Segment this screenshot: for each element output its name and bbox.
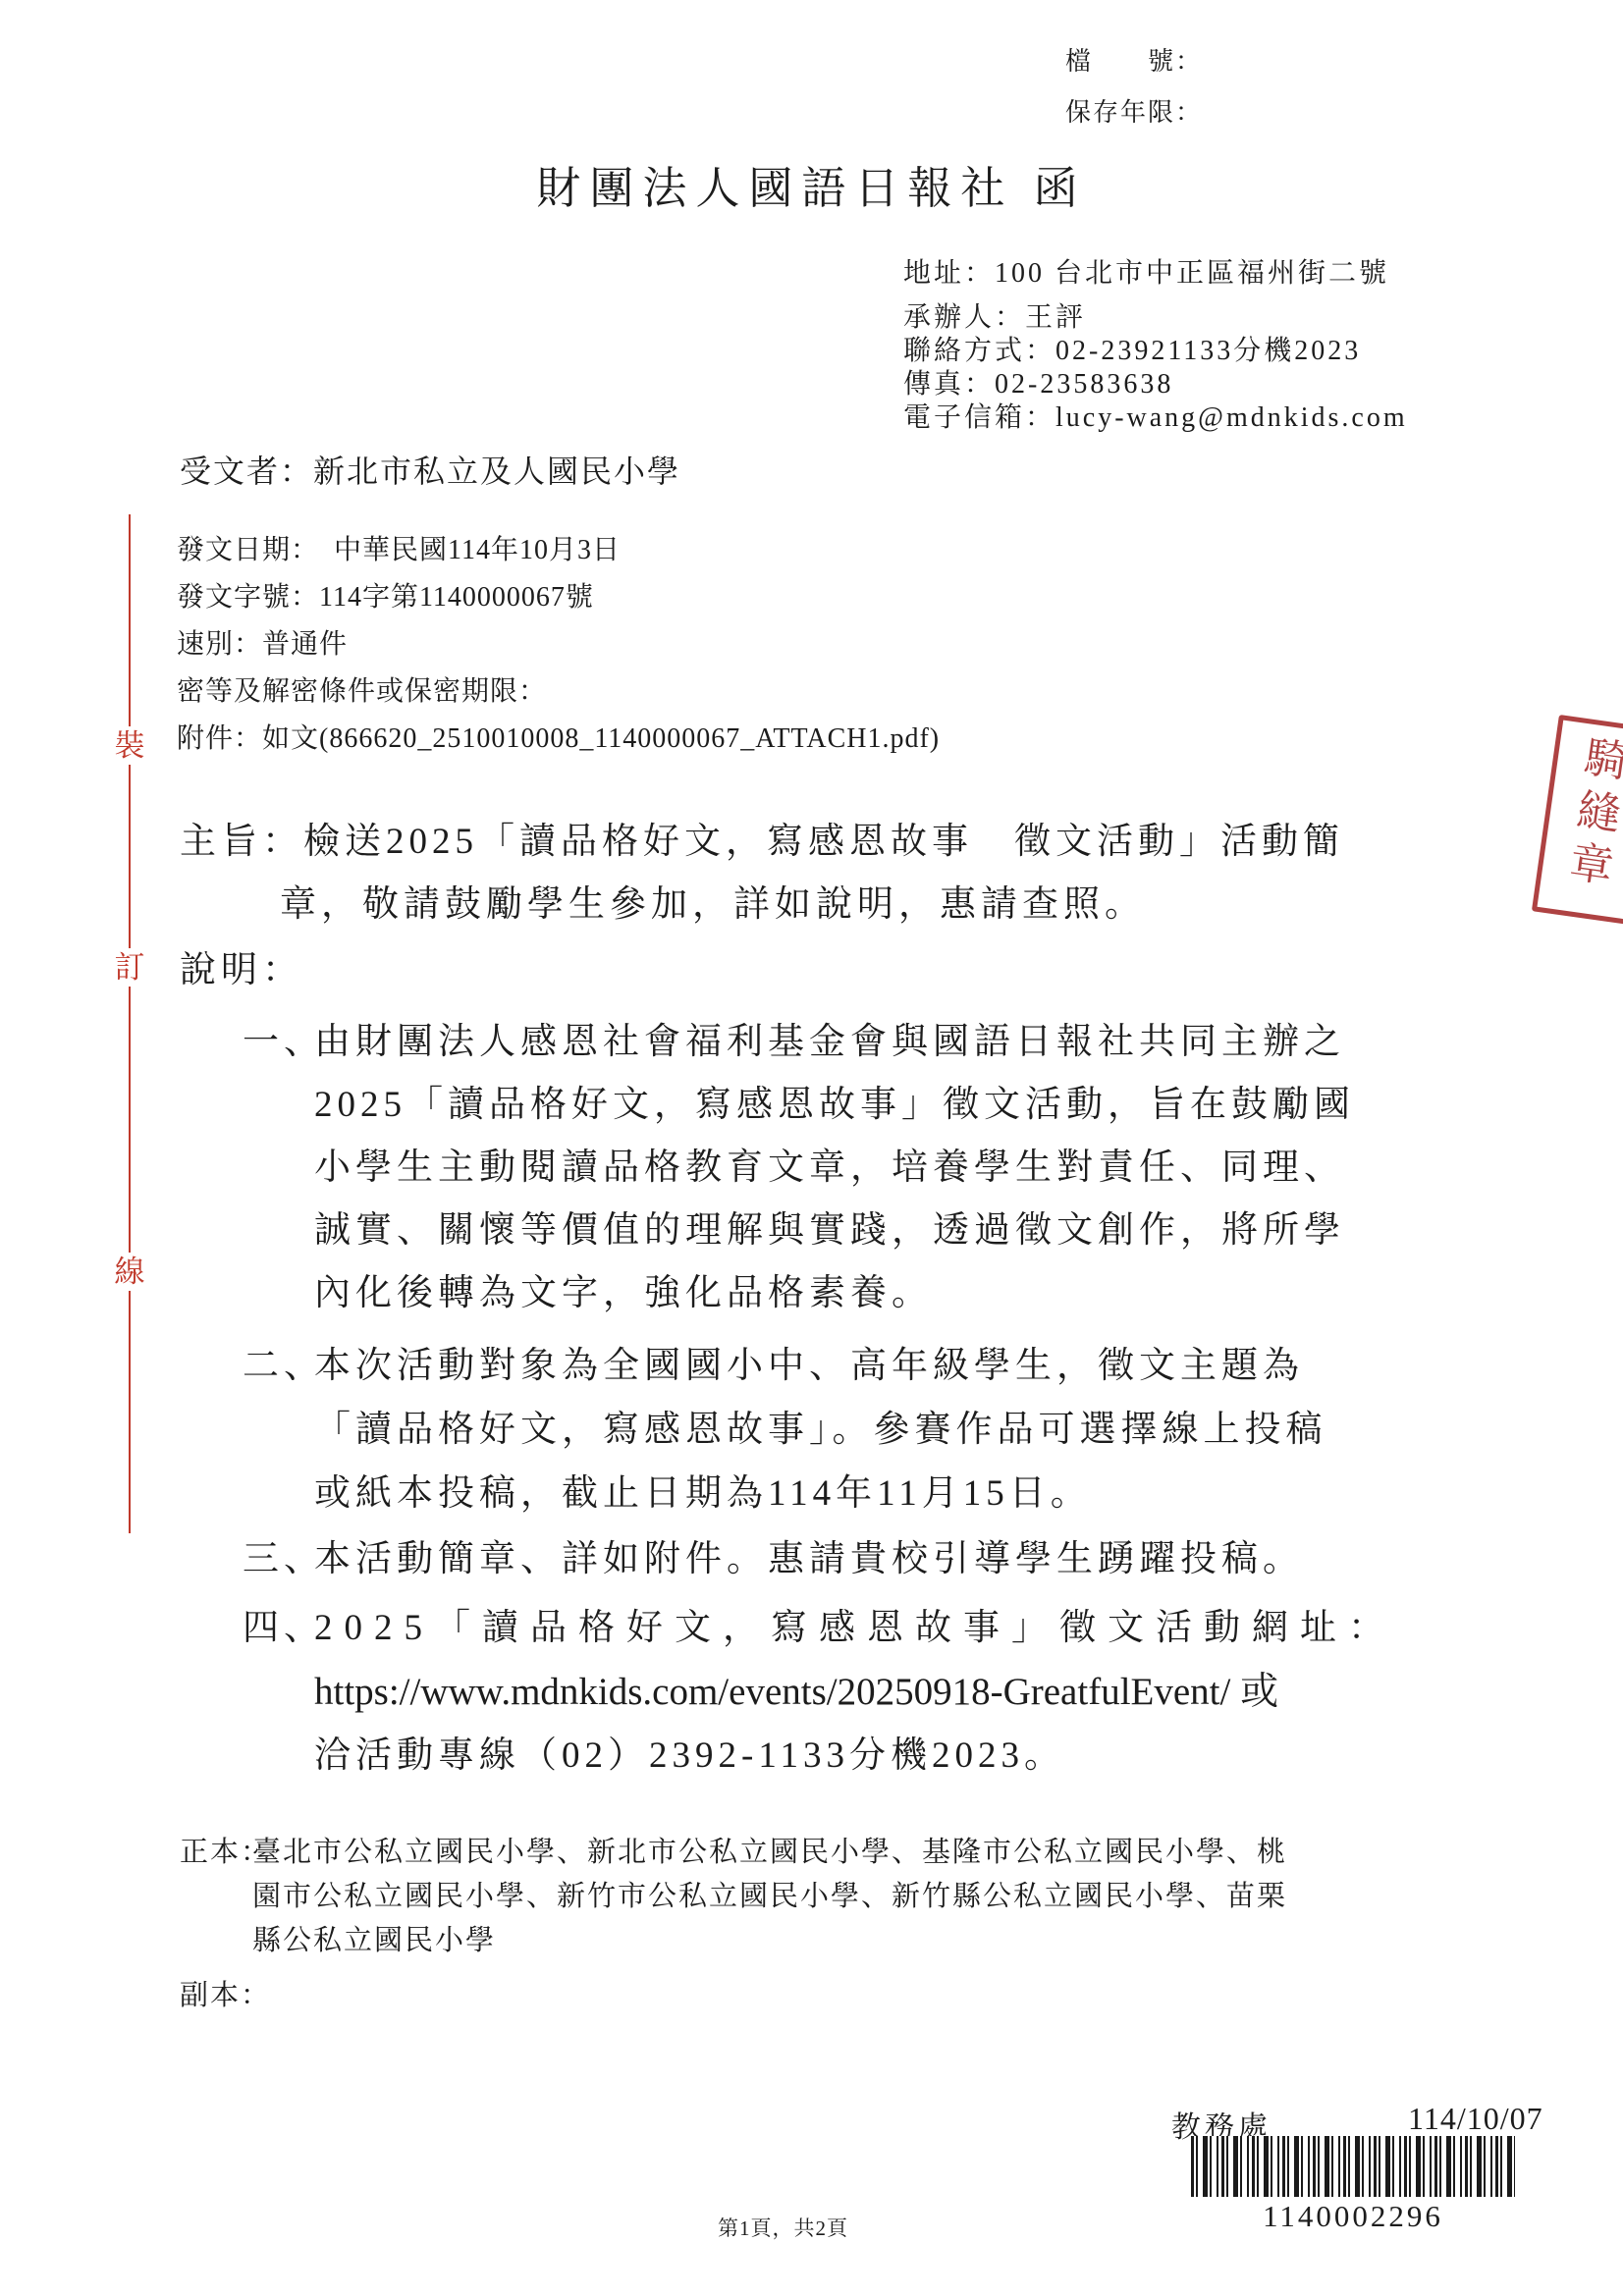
seam-stamp-text: 騎縫章 [1551, 731, 1623, 897]
item-3-line-1: 本活動簡章、詳如附件。惠請貴校引導學生踴躍投稿。 [314, 1528, 1304, 1581]
item-2-line-1: 本次活動對象為全國國小中、高年級學生，徵文主題為 [314, 1335, 1304, 1388]
binding-char-zhuang: 裝 [113, 726, 146, 765]
official-letter-page: 檔 號： 保存年限： 財團法人國語日報社 函 地址：100 台北市中正區福州街二… [0, 0, 1623, 2296]
file-number-label: 檔 號： [1065, 41, 1203, 78]
seam-stamp: 騎縫章 [1532, 715, 1623, 934]
description-label: 說明： [180, 939, 303, 992]
priority-line: 速別：普通件 [177, 622, 348, 662]
binding-char-ding: 訂 [113, 948, 146, 987]
subject-line-1: 主旨：檢送2025「讀品格好文，寫感恩故事 徵文活動」活動簡 [180, 811, 1344, 864]
recipient-line: 受文者：新北市私立及人國民小學 [180, 447, 680, 492]
item-1-line-4: 誠實、關懷等價值的理解與實踐，透過徵文創作，將所學 [314, 1200, 1345, 1253]
subject-line-2: 章，敬請鼓勵學生參加，詳如說明，惠請查照。 [280, 874, 1146, 927]
issue-date-line: 發文日期： 中華民國114年10月3日 [177, 528, 621, 567]
sender-email: 電子信箱：lucy-wang@mdnkids.com [903, 396, 1408, 435]
page-indicator: 第1頁，共2頁 [718, 2213, 848, 2242]
binding-line [129, 514, 131, 1533]
item-4-line-1: 2025「讀品格好文，寫感恩故事」徵文活動網址： [314, 1597, 1396, 1650]
barcode-number: 1140002296 [1191, 2199, 1515, 2234]
original-copy-line-2: 園市公私立國民小學、新竹市公私立國民小學、新竹縣公私立國民小學、苗栗 [252, 1874, 1287, 1914]
attachment-line: 附件：如文(866620_2510010008_1140000067_ATTAC… [177, 717, 940, 756]
issue-number-line: 發文字號：114字第1140000067號 [177, 575, 594, 614]
item-2-line-2: 「讀品格好文，寫感恩故事」。參賽作品可選擇線上投稿 [314, 1399, 1327, 1452]
item-1-line-2: 2025「讀品格好文，寫感恩故事」徵文活動，旨在鼓勵國 [314, 1074, 1355, 1127]
item-1-line-5: 內化後轉為文字，強化品格素養。 [314, 1262, 933, 1315]
item-2-number: 二、 [243, 1335, 325, 1388]
item-1-line-3: 小學生主動閱讀品格教育文章，培養學生對責任、同理、 [314, 1137, 1345, 1190]
binding-char-xian: 線 [113, 1253, 146, 1291]
item-1-line-1: 由財團法人感恩社會福利基金會與國語日報社共同主辦之 [314, 1011, 1345, 1064]
barcode [1191, 2136, 1515, 2197]
security-classification-line: 密等及解密條件或保密期限： [177, 669, 547, 709]
item-4-line-3: 洽活動專線（02）2392-1133分機2023。 [314, 1725, 1065, 1778]
original-copy-line-3: 縣公私立國民小學 [252, 1918, 496, 1958]
retention-period-label: 保存年限： [1065, 92, 1203, 129]
item-3-number: 三、 [243, 1528, 325, 1581]
received-date: 114/10/07 [1408, 2101, 1543, 2137]
item-2-line-3: 或紙本投稿，截止日期為114年11月15日。 [314, 1463, 1092, 1516]
item-4-number: 四、 [243, 1597, 325, 1650]
item-1-number: 一、 [243, 1011, 325, 1064]
document-title: 財團法人國語日報社 函 [0, 152, 1623, 216]
original-copy-line-1: 臺北市公私立國民小學、新北市公私立國民小學、基隆市公私立國民小學、桃 [252, 1830, 1287, 1870]
sender-address: 地址：100 台北市中正區福州街二號 [903, 251, 1389, 291]
cc-label: 副本： [180, 1973, 271, 2013]
item-4-event-url: https://www.mdnkids.com/events/20250918-… [314, 1661, 1278, 1716]
